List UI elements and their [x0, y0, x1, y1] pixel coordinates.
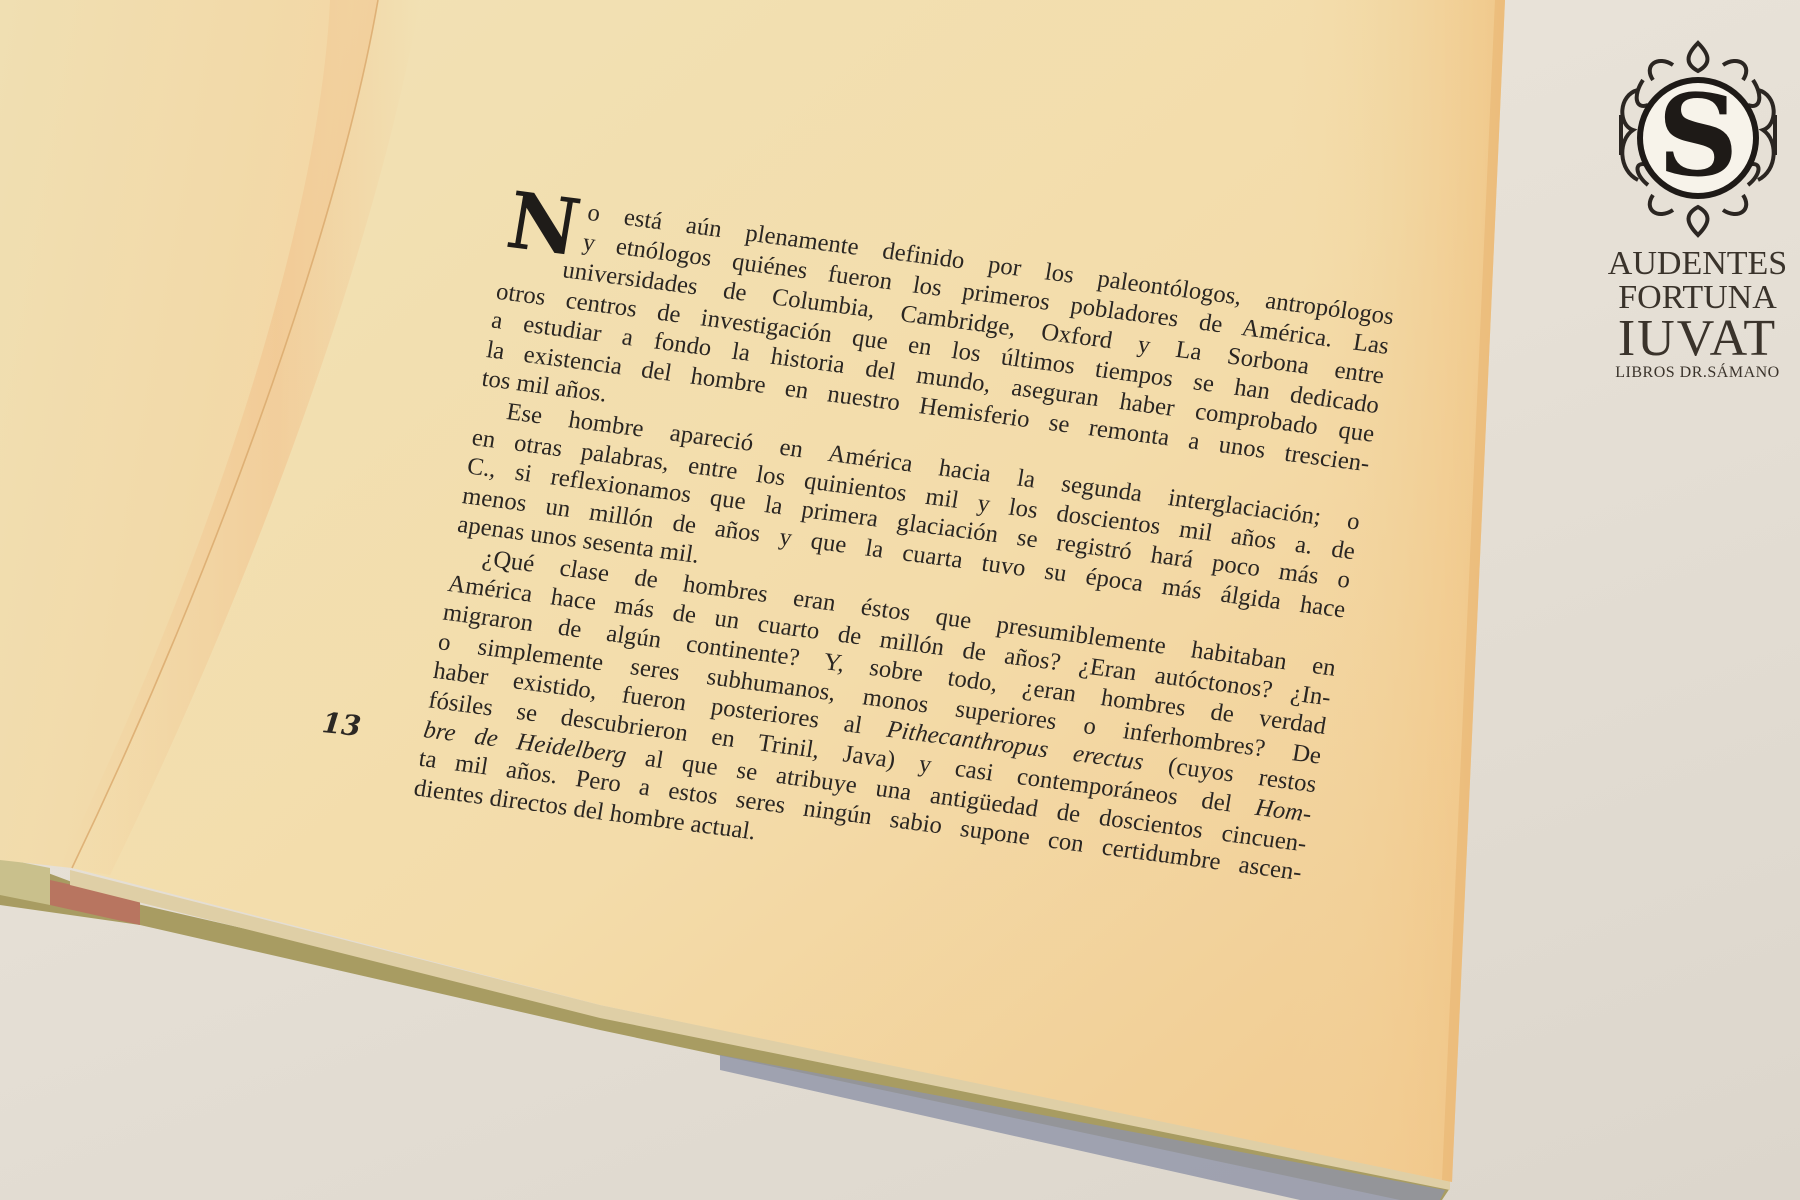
photo-scene: N o está aún plenamente definido por los…	[0, 0, 1800, 1200]
brand-name: LIBROS DR.SÁMANO	[1595, 365, 1800, 381]
motto-line-3: IUVAT	[1595, 313, 1800, 365]
page-number: 13	[320, 706, 362, 743]
ornamental-s-emblem-icon: S	[1613, 35, 1783, 245]
body-text: N o está aún plenamente definido por los…	[473, 196, 1396, 917]
italic-text-span: Hom-	[1253, 794, 1313, 828]
motto: AUDENTES FORTUNA IUVAT LIBROS DR.SÁMANO	[1595, 247, 1800, 381]
svg-text:S: S	[1658, 71, 1739, 202]
motto-line-1: AUDENTES	[1595, 247, 1800, 281]
watermark-logo: S AUDENTES FORTUNA IUVAT LIBROS DR.SÁMAN…	[1595, 35, 1800, 365]
drop-cap: N	[503, 190, 584, 260]
